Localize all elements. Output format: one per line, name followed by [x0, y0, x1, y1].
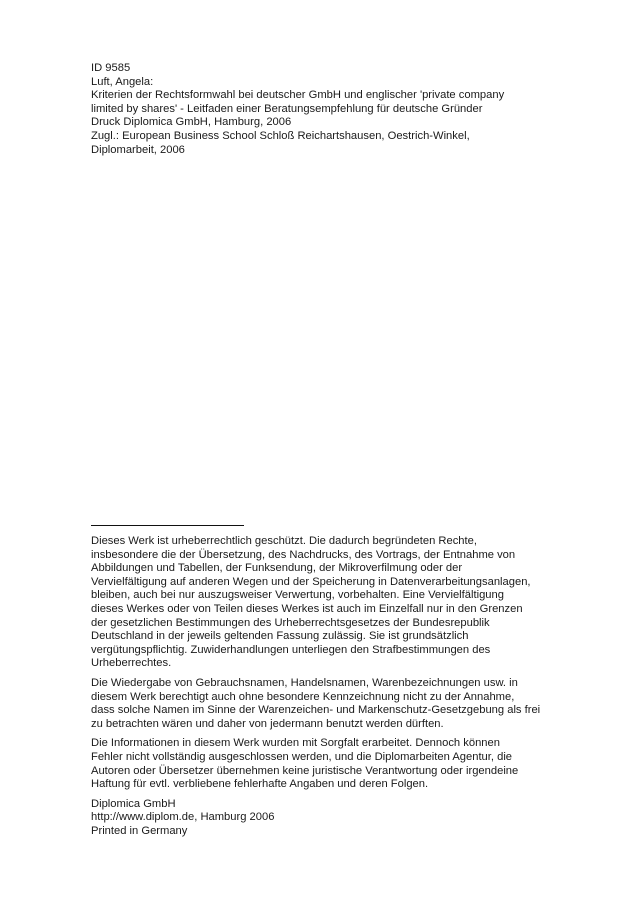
publisher-info: Diplomica GmbH http://www.diplom.de, Ham… [91, 798, 571, 839]
text-line: Urheberrechtes. [91, 657, 571, 671]
text-line: Die Informationen in diesem Werk wurden … [91, 737, 571, 751]
text-line: dieses Werkes oder von Teilen dieses Wer… [91, 603, 571, 617]
text-line: Haftung für evtl. verbliebene fehlerhaft… [91, 778, 571, 792]
thesis-info-line-2: Diplomarbeit, 2006 [91, 144, 571, 158]
text-line: Autoren oder Übersetzer übernehmen keine… [91, 765, 571, 779]
text-line: Deutschland in der jeweils geltenden Fas… [91, 630, 571, 644]
text-line: der gesetzlichen Bestimmungen des Urhebe… [91, 617, 571, 631]
thesis-info-line-1: Zugl.: European Business School Schloß R… [91, 130, 571, 144]
publisher-name: Diplomica GmbH [91, 798, 571, 812]
text-line: Abbildungen und Tabellen, der Funksendun… [91, 562, 571, 576]
author: Luft, Angela: [91, 76, 571, 90]
title-line-1: Kriterien der Rechtsformwahl bei deutsch… [91, 89, 571, 103]
text-line: Die Wiedergabe von Gebrauchsnamen, Hande… [91, 677, 571, 691]
disclaimer-paragraph: Die Informationen in diesem Werk wurden … [91, 737, 571, 791]
legal-notice: Dieses Werk ist urheberrechtlich geschüt… [91, 535, 571, 844]
print-info: Druck Diplomica GmbH, Hamburg, 2006 [91, 116, 571, 130]
publisher-url: http://www.diplom.de, Hamburg 2006 [91, 811, 571, 825]
text-line: diesem Werk berechtigt auch ohne besonde… [91, 691, 571, 705]
printed-in: Printed in Germany [91, 825, 571, 839]
text-line: Fehler nicht vollständig ausgeschlossen … [91, 751, 571, 765]
bibliographic-entry: ID 9585 Luft, Angela: Kriterien der Rech… [91, 62, 571, 157]
text-line: zu betrachten wären und daher von jederm… [91, 718, 571, 732]
copyright-paragraph: Dieses Werk ist urheberrechtlich geschüt… [91, 535, 571, 671]
trademark-paragraph: Die Wiedergabe von Gebrauchsnamen, Hande… [91, 677, 571, 731]
title-line-2: limited by shares' - Leitfaden einer Ber… [91, 103, 571, 117]
text-line: bleiben, auch bei nur auszugsweiser Verw… [91, 589, 571, 603]
separator-rule [91, 525, 244, 526]
text-line: vergütungspflichtig. Zuwiderhandlungen u… [91, 644, 571, 658]
text-line: insbesondere die der Übersetzung, des Na… [91, 549, 571, 563]
text-line: Dieses Werk ist urheberrechtlich geschüt… [91, 535, 571, 549]
text-line: dass solche Namen im Sinne der Warenzeic… [91, 704, 571, 718]
document-page: ID 9585 Luft, Angela: Kriterien der Rech… [0, 0, 640, 908]
text-line: Vervielfältigung auf anderen Wegen und d… [91, 576, 571, 590]
record-id: ID 9585 [91, 62, 571, 76]
